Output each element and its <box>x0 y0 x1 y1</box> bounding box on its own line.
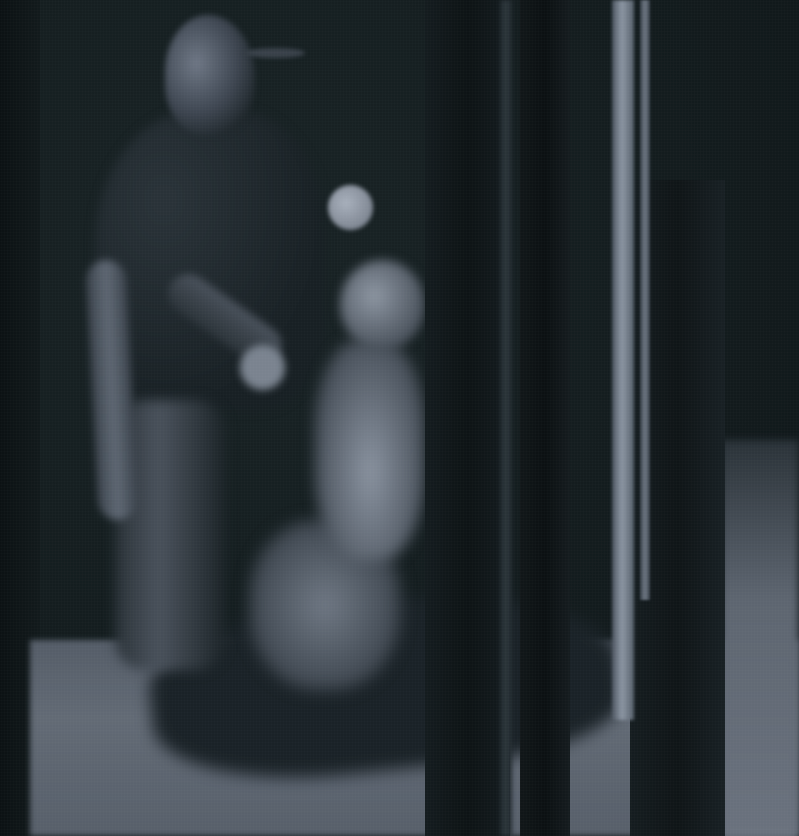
cap-brim <box>245 48 305 58</box>
round-object <box>328 185 373 230</box>
vertical-post-edge <box>500 0 512 836</box>
photo-scene <box>0 0 799 836</box>
crouched-figure-head <box>340 260 425 350</box>
standing-figure-hand <box>240 345 285 390</box>
vertical-post-middle <box>520 0 570 836</box>
standing-figure-head <box>165 15 255 135</box>
crouched-figure-body <box>315 340 425 560</box>
light-pole <box>612 0 634 720</box>
ground-surface-right <box>720 440 799 836</box>
vertical-post-left <box>425 0 510 836</box>
thin-pole <box>640 0 650 600</box>
